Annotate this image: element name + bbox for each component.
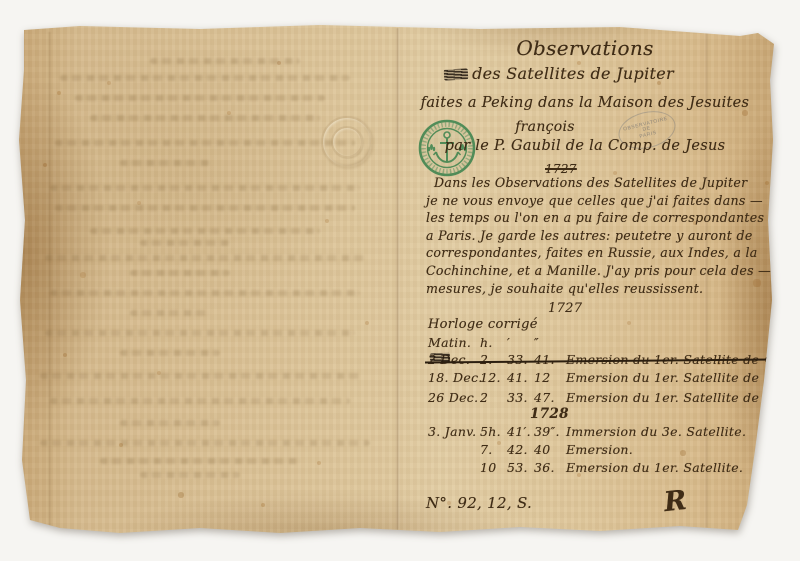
bleed-line — [120, 350, 220, 356]
bleed-line — [40, 440, 370, 446]
body-line: Cochinchine, et a Manille. J'ay pris pou… — [426, 262, 771, 280]
title-line-2: des Satellites de Jupiter — [472, 64, 674, 83]
bleed-line — [55, 205, 355, 211]
obs-minutes: 53. — [507, 460, 534, 475]
title-line-5: par le P. Gaubil de la Comp. de Jesus — [402, 138, 768, 154]
bleed-line — [40, 373, 360, 379]
obs-seconds: 12 — [534, 370, 564, 385]
bleed-line — [130, 270, 230, 276]
paper-surface: OBSERVATOIRE DE PARIS Observations des S… — [18, 22, 776, 534]
obs-date — [428, 442, 480, 457]
obs-date: 18. Dec. — [428, 370, 480, 385]
obs-note: Emersion. — [564, 442, 633, 457]
obs-header-row: Matin. h. ′ ″ — [428, 335, 564, 350]
body-line: les temps ou l'on en a pu faire de corre… — [426, 209, 771, 227]
obs-hours: 10 — [480, 460, 507, 475]
obs-hours: 2 — [480, 390, 507, 405]
bleed-line — [130, 310, 210, 316]
obs-note: Emersion du 1er. Satellite de ♃ — [564, 352, 775, 367]
year-heading-1727: 1727 — [548, 301, 582, 316]
obs-note: Emersion du 1er. Satellite. — [564, 460, 743, 475]
scanned-manuscript: OBSERVATOIRE DE PARIS Observations des S… — [0, 0, 800, 561]
bleed-line — [120, 420, 220, 426]
obs-row: 10 53. 36. Emersion du 1er. Satellite. — [428, 460, 743, 475]
bleed-line — [140, 240, 230, 246]
body-line: correspondantes, faites en Russie, aux I… — [426, 244, 771, 262]
title-line-3: faites a Peking dans la Maison des Jesui… — [402, 95, 768, 111]
obs-header-min: ′ — [507, 335, 534, 350]
bleed-line — [50, 290, 360, 296]
obs-minutes: 41. — [507, 370, 534, 385]
obs-header-sec: ″ — [534, 335, 564, 350]
bleed-line — [140, 472, 240, 478]
obs-seconds: 47. — [534, 390, 564, 405]
obs-row: 7. 42. 40 Emersion. — [428, 442, 633, 457]
obs-seconds: 36. — [534, 460, 564, 475]
obs-hours: 5h. — [480, 424, 507, 439]
obs-hours: 12. — [480, 370, 507, 385]
obs-date — [428, 460, 480, 475]
bleed-line — [50, 398, 350, 404]
year-heading-1728: 1728 — [530, 406, 569, 422]
obs-header-label: Matin. — [428, 335, 480, 350]
paper-sheet: OBSERVATOIRE DE PARIS Observations des S… — [0, 0, 800, 561]
obs-minutes: 33. — [507, 390, 534, 405]
obs-seconds: 41. — [534, 352, 564, 367]
left-edge-crease — [48, 32, 51, 526]
bleed-line — [120, 160, 210, 166]
obs-note: Emersion du 1er. Satellite de ♃ douteuse — [564, 370, 800, 385]
obs-row-struck: 2 Dec. 2. 33. 41. Emersion du 1er. Satel… — [428, 352, 775, 367]
bleed-line — [55, 140, 355, 146]
bleed-line — [90, 115, 320, 121]
obs-minutes: 42. — [507, 442, 534, 457]
clock-note: Horloge corrigé — [428, 317, 538, 332]
bleed-line — [60, 75, 350, 81]
obs-hours: 2. — [480, 352, 507, 367]
bleed-line — [45, 330, 355, 336]
obs-date: 3. Janv. — [428, 424, 480, 439]
bleed-line — [45, 255, 365, 261]
foxing-spots — [18, 22, 20, 24]
obs-seconds: 39″. — [534, 424, 564, 439]
obs-minutes: 41′. — [507, 424, 534, 439]
body-line: je ne vous envoye que celles que j'ai fa… — [426, 192, 771, 210]
title-line-2-wrap: des Satellites de Jupiter — [376, 64, 742, 83]
obs-row: 26 Dec. 2 33. 47. Emersion du 1er. Satel… — [428, 390, 775, 405]
title-line-4: françois — [362, 119, 728, 135]
embossed-seal-inner — [331, 126, 363, 158]
ink-scribble — [430, 352, 450, 363]
center-fold-crease — [396, 28, 400, 530]
shelfmark: N°. 92, 12, S. — [426, 494, 532, 512]
body-line: a Paris. Je garde les autres: peutetre y… — [426, 227, 771, 245]
obs-hours: 7. — [480, 442, 507, 457]
bleed-line — [90, 228, 320, 234]
body-line: Dans les Observations des Satellites de … — [426, 174, 771, 192]
bleed-line — [150, 58, 300, 64]
body-paragraph: Dans les Observations des Satellites de … — [426, 174, 771, 297]
ink-scribble — [444, 68, 469, 80]
bleed-line — [75, 95, 325, 101]
obs-note: Emersion du 1er. Satellite de ♃ — [564, 390, 775, 405]
recto-page: Observations des Satellites de Jupiter f… — [402, 22, 768, 534]
title-line-1: Observations — [402, 36, 768, 60]
obs-row: 18. Dec. 12. 41. 12 Emersion du 1er. Sat… — [428, 370, 800, 385]
bleed-line — [50, 185, 360, 191]
obs-minutes: 33. — [507, 352, 534, 367]
obs-seconds: 40 — [534, 442, 564, 457]
paraph-mark: R — [662, 485, 688, 518]
body-line: mesures, je souhaite qu'elles reussissen… — [426, 280, 771, 298]
bleed-line — [100, 458, 300, 464]
obs-header-h: h. — [480, 335, 507, 350]
obs-date: 26 Dec. — [428, 390, 480, 405]
obs-row: 3. Janv. 5h. 41′. 39″. Immersion du 3e. … — [428, 424, 746, 439]
obs-note: Immersion du 3e. Satellite. — [564, 424, 746, 439]
